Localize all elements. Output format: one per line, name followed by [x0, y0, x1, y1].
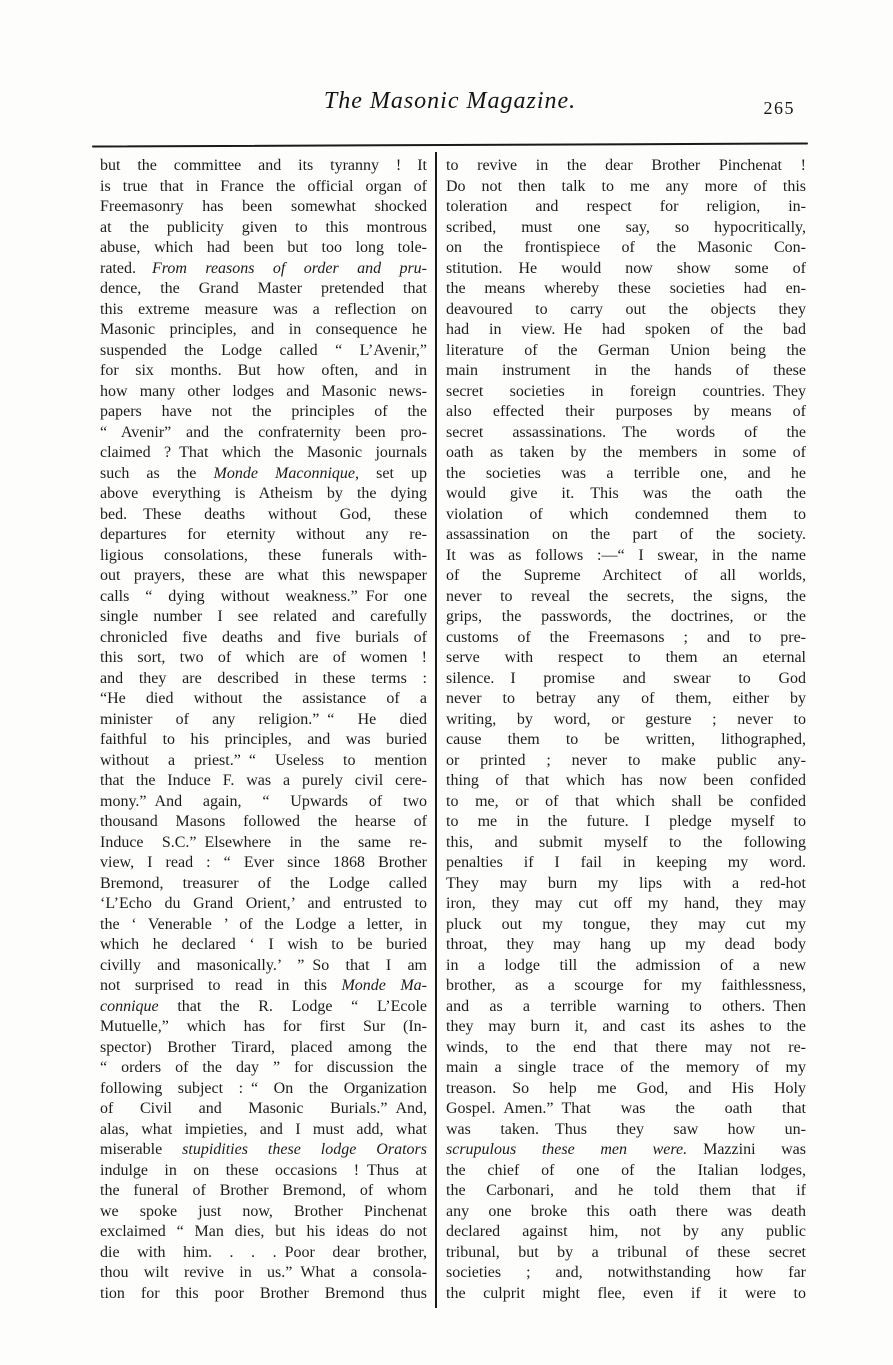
text-line: that the Induce F. was a purely civil ce…: [100, 771, 427, 792]
text-line: ligious consolations, these funerals wit…: [100, 546, 427, 567]
text-line: grips, the passwords, the doctrines, or …: [446, 607, 806, 628]
text-line: in a lodge till the admission of a new: [446, 956, 806, 977]
text-line: the means whereby these societies had en…: [446, 279, 806, 300]
text-line: violation of which condemned them to: [446, 505, 806, 526]
text-line: rated. From reasons of order and pru-: [100, 259, 427, 280]
text-line: tribunal, but by a tribunal of these sec…: [446, 1243, 806, 1264]
text-line: declared against him, not by any public: [446, 1222, 806, 1243]
text-line: Mutuelle,” which has for first Sur (In-: [100, 1017, 427, 1038]
text-line: of Civil and Masonic Burials.” And,: [100, 1099, 427, 1120]
text-line: to me, or of that which shall be confide…: [446, 792, 806, 813]
text-line: thing of that which has now been confide…: [446, 771, 806, 792]
text-line: societies ; and, notwithstanding how far: [446, 1263, 806, 1284]
text-line: Bremond, treasurer of the Lodge called: [100, 874, 427, 895]
text-line: spector) Brother Tirard, placed among th…: [100, 1038, 427, 1059]
text-line: and as a terrible warning to others. The…: [446, 997, 806, 1018]
text-line: which he declared ‘ I wish to be buried: [100, 935, 427, 956]
text-line: this extreme measure was a reflection on: [100, 300, 427, 321]
text-line: never to reveal the secrets, the signs, …: [446, 587, 806, 608]
text-line: treason. So help me God, and His Holy: [446, 1079, 806, 1100]
left-text-column: but the committee and its tyranny ! Itis…: [100, 156, 427, 1304]
text-line: oath as taken by the members in some of: [446, 443, 806, 464]
text-line: the chief of one of the Italian lodges,: [446, 1161, 806, 1182]
text-line: any one broke this oath there was death: [446, 1202, 806, 1223]
text-line: but the committee and its tyranny ! It: [100, 156, 427, 177]
text-line: we spoke just now, Brother Pinchenat: [100, 1202, 427, 1223]
text-line: civilly and masonically.’ ” So that I am: [100, 956, 427, 977]
text-line: Freemasonry has been somewhat shocked: [100, 197, 427, 218]
text-line: cause them to be written, lithographed,: [446, 730, 806, 751]
text-line: would give it. This was the oath the: [446, 484, 806, 505]
text-line: It was as follows :—“ I swear, in the na…: [446, 546, 806, 567]
text-line: silence. I promise and swear to God: [446, 669, 806, 690]
text-line: suspended the Lodge called “ L’Avenir,”: [100, 341, 427, 362]
text-line: at the publicity given to this montrous: [100, 218, 427, 239]
text-line: indulge in on these occasions ! Thus at: [100, 1161, 427, 1182]
text-line: dence, the Grand Master pretended that: [100, 279, 427, 300]
text-line: they may burn it, and cast its ashes to …: [446, 1017, 806, 1038]
text-line: die with him. . . . Poor dear brother,: [100, 1243, 427, 1264]
text-line: customs of the Freemasons ; and to pre-: [446, 628, 806, 649]
text-line: chronicled five deaths and five burials …: [100, 628, 427, 649]
text-line: minister of any religion.” “ He died: [100, 710, 427, 731]
text-line: deavoured to carry out the objects they: [446, 300, 806, 321]
text-line: papers have not the principles of the: [100, 402, 427, 423]
text-line: Masonic principles, and in consequence h…: [100, 320, 427, 341]
text-line: tion for this poor Brother Bremond thus: [100, 1284, 427, 1305]
text-line: iron, they may cut off my hand, they may: [446, 894, 806, 915]
text-line: serve with respect to them an eternal: [446, 648, 806, 669]
text-line: toleration and respect for religion, in-: [446, 197, 806, 218]
text-line: ‘L’Echo du Grand Orient,’ and entrusted …: [100, 894, 427, 915]
column-divider-rule: [435, 152, 437, 1308]
text-line: abuse, which had been but too long tole-: [100, 238, 427, 259]
text-line: the societies was a terrible one, and he: [446, 464, 806, 485]
text-line: main a single trace of the memory of my: [446, 1058, 806, 1079]
text-line: “ Avenir” and the confraternity been pro…: [100, 423, 427, 444]
text-line: connique that the R. Lodge “ L’Ecole: [100, 997, 427, 1018]
text-line: claimed ? That which the Masonic journal…: [100, 443, 427, 464]
text-line: penalties if I fail in keeping my word.: [446, 853, 806, 874]
text-line: exclaimed “ Man dies, but his ideas do n…: [100, 1222, 427, 1243]
text-line: or printed ; never to make public any-: [446, 751, 806, 772]
text-line: of the Supreme Architect of all worlds,: [446, 566, 806, 587]
text-line: was taken. Thus they saw how un-: [446, 1120, 806, 1141]
text-line: single number I see related and carefull…: [100, 607, 427, 628]
text-line: out prayers, these are what this newspap…: [100, 566, 427, 587]
text-line: brother, as a scourge for my faithlessne…: [446, 976, 806, 997]
magazine-page: The Masonic Magazine. 265 but the commit…: [0, 0, 893, 1365]
text-line: this sort, two of which are of women !: [100, 648, 427, 669]
text-line: main instrument in the hands of these: [446, 361, 806, 382]
text-line: without a priest.” “ Useless to mention: [100, 751, 427, 772]
text-line: assassination on the part of the society…: [446, 525, 806, 546]
text-line: “He died without the assistance of a: [100, 689, 427, 710]
text-line: not surprised to read in this Monde Ma-: [100, 976, 427, 997]
text-line: the ‘ Venerable ’ of the Lodge a letter,…: [100, 915, 427, 936]
text-line: had in view. He had spoken of the bad: [446, 320, 806, 341]
text-line: faithful to his principles, and was buri…: [100, 730, 427, 751]
text-line: scrupulous these men were. Mazzini was: [446, 1140, 806, 1161]
text-line: pluck out my tongue, they may cut my: [446, 915, 806, 936]
right-text-column: to revive in the dear Brother Pinchenat …: [446, 156, 806, 1304]
text-line: miserable stupidities these lodge Orator…: [100, 1140, 427, 1161]
text-line: stitution. He would now show some of: [446, 259, 806, 280]
text-line: calls “ dying without weakness.” For one: [100, 587, 427, 608]
text-line: how many other lodges and Masonic news-: [100, 382, 427, 403]
text-line: view, I read : “ Ever since 1868 Brother: [100, 853, 427, 874]
text-line: departures for eternity without any re-: [100, 525, 427, 546]
text-line: mony.” And again, “ Upwards of two: [100, 792, 427, 813]
text-line: Do not then talk to me any more of this: [446, 177, 806, 198]
text-line: is true that in France the official orga…: [100, 177, 427, 198]
text-line: “ orders of the day ” for discussion the: [100, 1058, 427, 1079]
text-line: to me in the future. I pledge myself to: [446, 812, 806, 833]
text-line: the Carbonari, and he told them that if: [446, 1181, 806, 1202]
text-line: scribed, must one say, so hypocritically…: [446, 218, 806, 239]
text-line: this, and submit myself to the following: [446, 833, 806, 854]
text-line: thou wilt revive in us.” What a consola-: [100, 1263, 427, 1284]
text-line: for six months. But how often, and in: [100, 361, 427, 382]
text-line: the culprit might flee, even if it were …: [446, 1284, 806, 1305]
text-line: throat, they may hang up my dead body: [446, 935, 806, 956]
text-line: on the frontispiece of the Masonic Con-: [446, 238, 806, 259]
text-line: to revive in the dear Brother Pinchenat …: [446, 156, 806, 177]
text-line: Induce S.C.” Elsewhere in the same re-: [100, 833, 427, 854]
text-line: thousand Masons followed the hearse of: [100, 812, 427, 833]
page-number: 265: [743, 98, 795, 119]
text-line: winds, to the end that there may not re-: [446, 1038, 806, 1059]
text-line: following subject : “ On the Organizatio…: [100, 1079, 427, 1100]
text-line: bed. These deaths without God, these: [100, 505, 427, 526]
header-rule: [92, 142, 808, 147]
text-line: such as the Monde Maconnique, set up: [100, 464, 427, 485]
page-title: The Masonic Magazine.: [93, 88, 807, 115]
text-line: secret assassinations. The words of the: [446, 423, 806, 444]
text-line: never to betray any of them, either by: [446, 689, 806, 710]
text-line: literature of the German Union being the: [446, 341, 806, 362]
text-line: and they are described in these terms :: [100, 669, 427, 690]
text-line: writing, by word, or gesture ; never to: [446, 710, 806, 731]
text-line: above everything is Atheism by the dying: [100, 484, 427, 505]
text-line: secret societies in foreign countries. T…: [446, 382, 806, 403]
text-line: also effected their purposes by means of: [446, 402, 806, 423]
text-line: the funeral of Brother Bremond, of whom: [100, 1181, 427, 1202]
text-line: Gospel. Amen.” That was the oath that: [446, 1099, 806, 1120]
text-line: They may burn my lips with a red-hot: [446, 874, 806, 895]
text-line: alas, what impieties, and I must add, wh…: [100, 1120, 427, 1141]
